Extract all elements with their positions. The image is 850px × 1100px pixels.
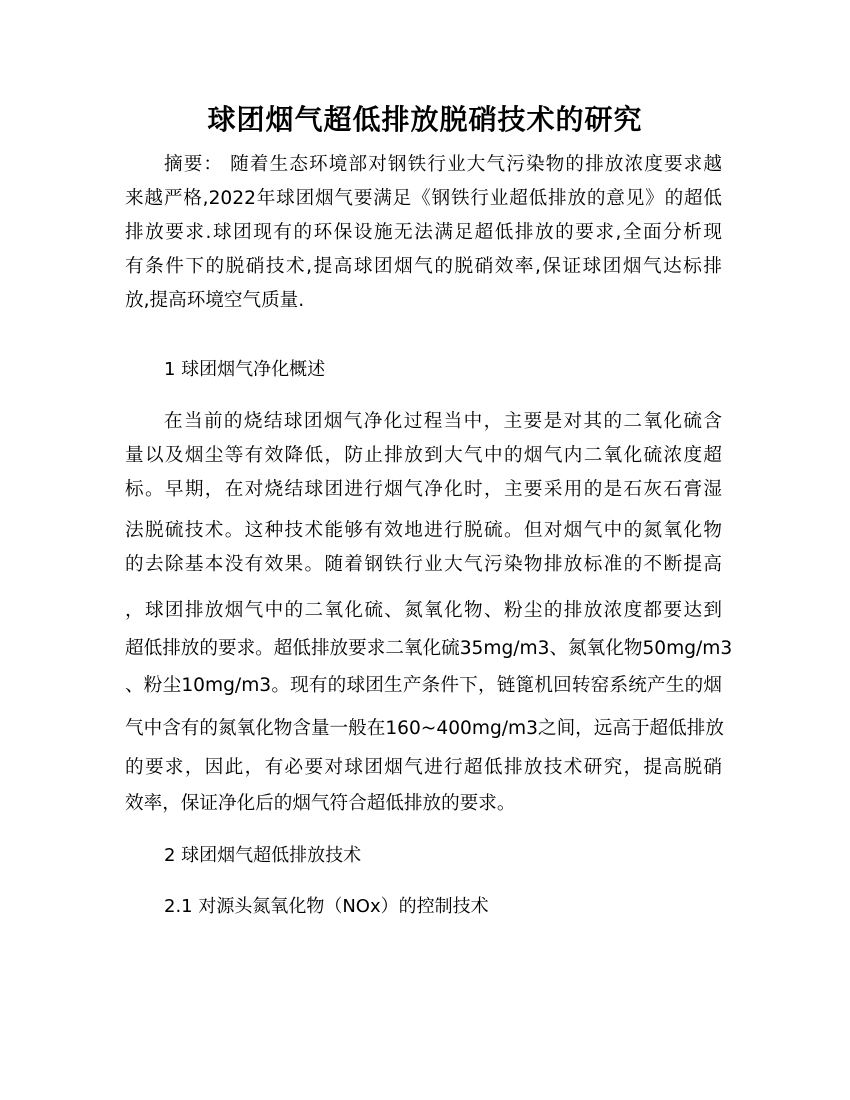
body-line: 的去除基本没有效果。随着钢铁行业大气污染物排放标准的不断提高 xyxy=(125,553,722,577)
abstract-line: 有条件下的脱硝技术,提高球团烟气的脱硝效率,保证球团烟气达标排 xyxy=(125,255,722,279)
subsection-2-1-heading: 2.1 对源头氮氧化物（NOx）的控制技术 xyxy=(164,895,489,919)
abstract-line: 放,提高环境空气质量. xyxy=(125,289,722,313)
document-title: 球团烟气超低排放脱硝技术的研究 xyxy=(0,100,850,140)
body-line: 、粉尘10mg/m3。现有的球团生产条件下，链篦机回转窑系统产生的烟 xyxy=(125,674,722,698)
section-1-heading: 1 球团烟气净化概述 xyxy=(164,358,325,382)
body-line: 量以及烟尘等有效降低，防止排放到大气中的烟气内二氧化硫浓度超 xyxy=(125,444,722,468)
document-page: 球团烟气超低排放脱硝技术的研究 摘要： 随着生态环境部对钢铁行业大气污染物的排放… xyxy=(0,0,850,1100)
abstract-line: 摘要： 随着生态环境部对钢铁行业大气污染物的排放浓度要求越 xyxy=(164,153,722,177)
body-line: 在当前的烧结球团烟气净化过程当中，主要是对其的二氧化硫含 xyxy=(164,410,722,434)
body-line: ，球团排放烟气中的二氧化硫、氮氧化物、粉尘的排放浓度都要达到 xyxy=(125,599,722,623)
body-line: 标。早期，在对烧结球团进行烟气净化时，主要采用的是石灰石膏湿 xyxy=(125,478,722,502)
body-line: 法脱硫技术。这种技术能够有效地进行脱硫。但对烟气中的氮氧化物 xyxy=(125,519,722,543)
abstract-line: 来越严格,2022年球团烟气要满足《钢铁行业超低排放的意见》的超低 xyxy=(125,187,722,211)
body-line: 的要求，因此，有必要对球团烟气进行超低排放技术研究，提高脱硝 xyxy=(125,756,722,780)
body-line: 气中含有的氮氧化物含量一般在160~400mg/m3之间，远高于超低排放 xyxy=(125,717,722,741)
abstract-line: 排放要求.球团现有的环保设施无法满足超低排放的要求,全面分析现 xyxy=(125,221,722,245)
body-line: 效率，保证净化后的烟气符合超低排放的要求。 xyxy=(125,792,722,816)
section-2-heading: 2 球团烟气超低排放技术 xyxy=(164,844,361,868)
body-line: 超低排放的要求。超低排放要求二氧化硫35mg/m3、氮氧化物50mg/m3 xyxy=(125,637,722,661)
